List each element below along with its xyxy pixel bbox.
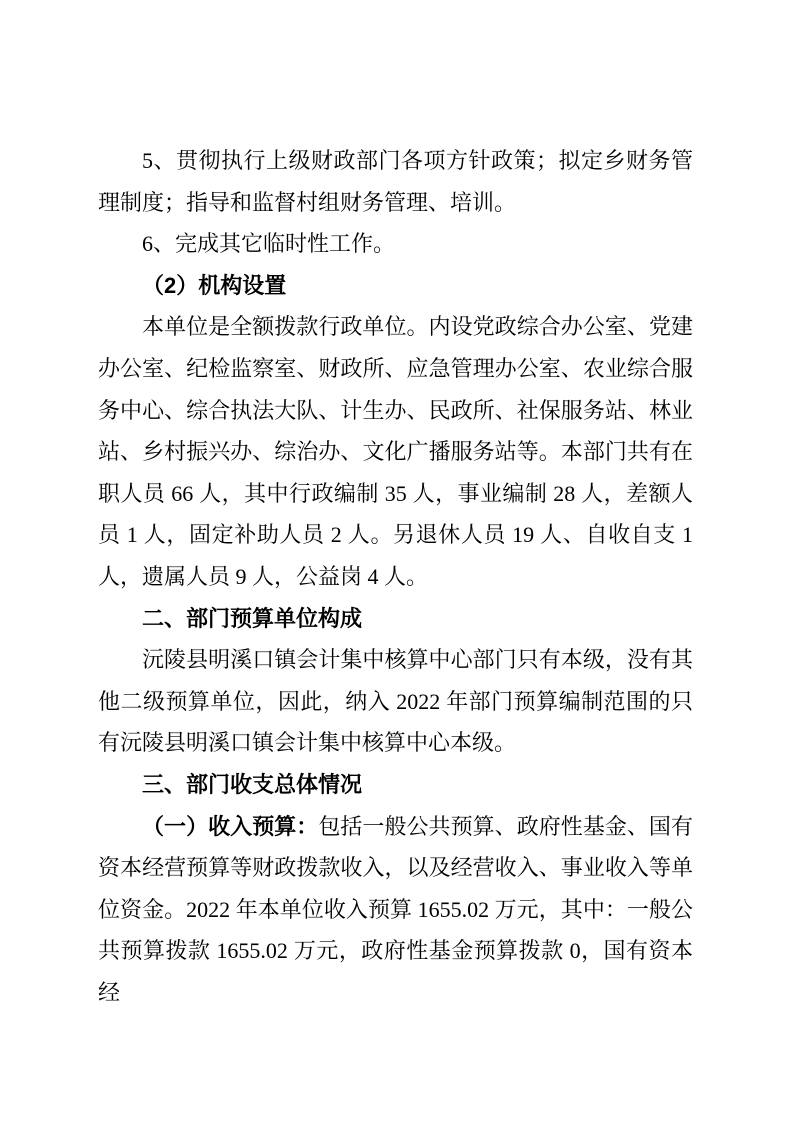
paragraph-duty-item-5: 5、贯彻执行上级财政部门各项方针政策；拟定乡财务管理制度；指导和监督村组财务管理… bbox=[98, 140, 693, 223]
paragraph-budget-unit-composition: 沅陵县明溪口镇会计集中核算中心部门只有本级，没有其他二级预算单位，因此，纳入 2… bbox=[98, 639, 693, 764]
document-content: 5、贯彻执行上级财政部门各项方针政策；拟定乡财务管理制度；指导和监督村组财务管理… bbox=[98, 140, 693, 1013]
document-page: 5、贯彻执行上级财政部门各项方针政策；拟定乡财务管理制度；指导和监督村组财务管理… bbox=[0, 0, 793, 1122]
heading-organization-setup: （2）机构设置 bbox=[98, 265, 693, 307]
income-budget-lead-label: （一）收入预算： bbox=[142, 814, 318, 839]
heading-revenue-expenditure-overview: 三、部门收支总体情况 bbox=[98, 764, 693, 806]
paragraph-duty-item-6: 6、完成其它临时性工作。 bbox=[98, 223, 693, 265]
paragraph-income-budget: （一）收入预算：包括一般公共预算、政府性基金、国有资本经营预算等财政拨款收入，以… bbox=[98, 806, 693, 1014]
paragraph-organization-description: 本单位是全额拨款行政单位。内设党政综合办公室、党建办公室、纪检监察室、财政所、应… bbox=[98, 306, 693, 597]
income-budget-body-text: 包括一般公共预算、政府性基金、国有资本经营预算等财政拨款收入，以及经营收入、事业… bbox=[98, 814, 693, 1005]
heading-budget-unit-composition: 二、部门预算单位构成 bbox=[98, 598, 693, 640]
